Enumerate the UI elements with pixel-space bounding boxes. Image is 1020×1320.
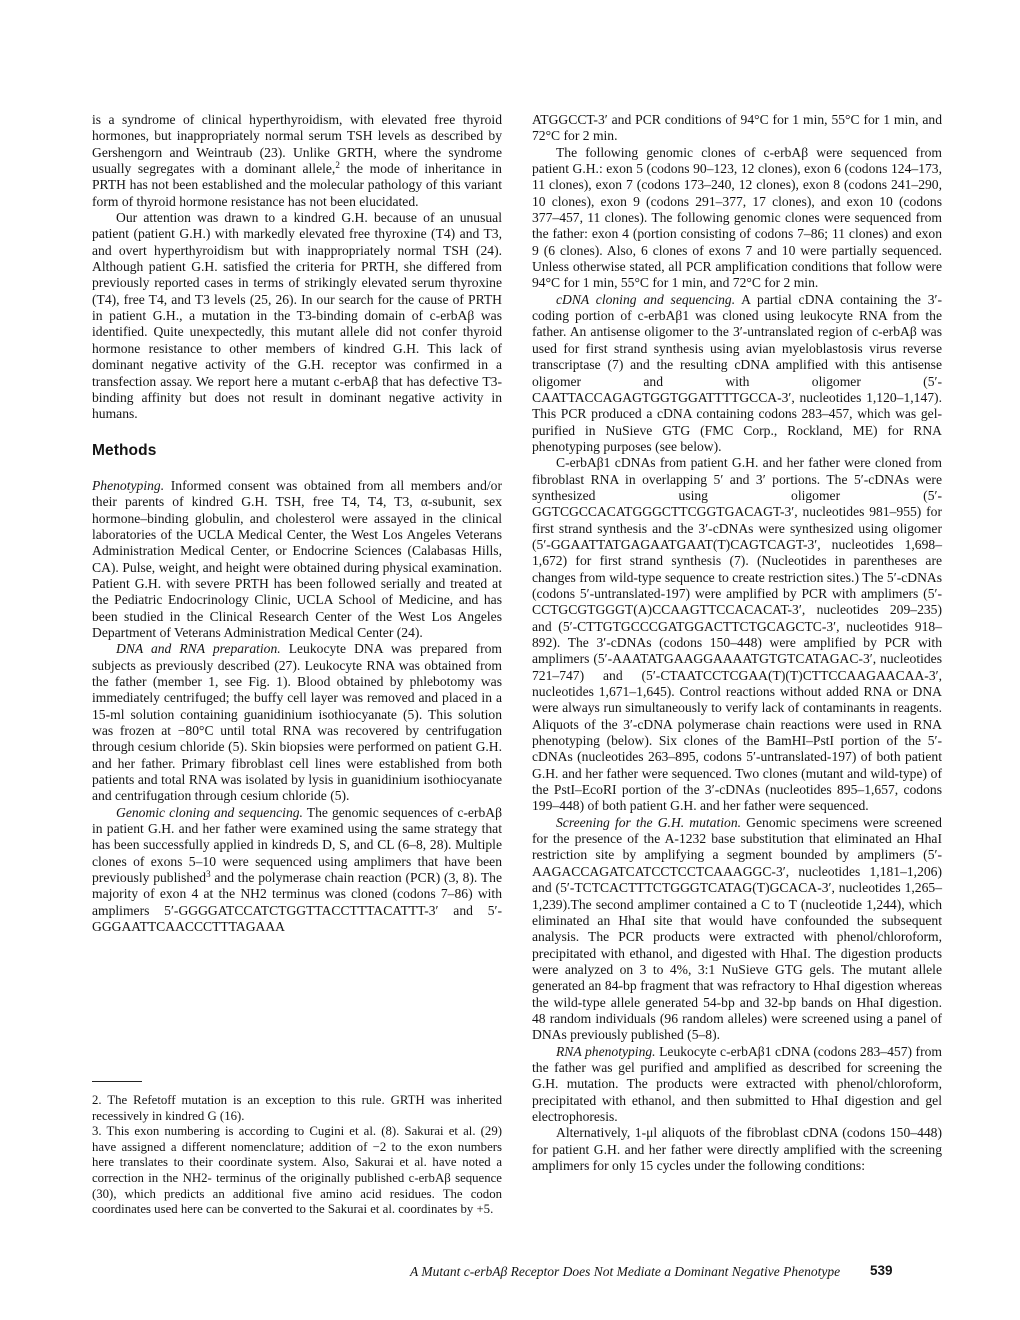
body-paragraph: is a syndrome of clinical hyperthyroidis… [92,112,502,210]
methods-phenotyping-paragraph: Phenotyping. Informed consent was obtain… [92,478,502,641]
run-in-heading: Phenotyping. [92,478,164,493]
body-paragraph: Alternatively, 1-μl aliquots of the fibr… [532,1125,942,1174]
body-paragraph: ATGGCCT-3′ and PCR conditions of 94°C fo… [532,112,942,145]
run-in-heading: cDNA cloning and sequencing. [556,292,735,307]
methods-dna-rna-paragraph: DNA and RNA preparation. Leukocyte DNA w… [92,641,502,804]
paragraph-text: Leukocyte DNA was prepared from subjects… [92,641,502,803]
paragraph-text: A partial cDNA containing the 3′-coding … [532,292,942,454]
section-heading-methods: Methods [92,443,502,459]
footnote-2: 2. The Refetoff mutation is an exception… [92,1093,502,1124]
paragraph-text: Informed consent was obtained from all m… [92,478,502,640]
footnote-3: 3. This exon numbering is according to C… [92,1124,502,1218]
right-column: ATGGCCT-3′ and PCR conditions of 94°C fo… [532,112,942,1174]
run-in-heading: Screening for the G.H. mutation. [556,815,741,830]
running-title: A Mutant c-erbAβ Receptor Does Not Media… [410,1264,840,1280]
body-paragraph: C-erbAβ1 cDNAs from patient G.H. and her… [532,455,942,815]
footnote-divider [92,1081,142,1082]
run-in-heading: Genomic cloning and sequencing. [116,805,303,820]
methods-genomic-paragraph: Genomic cloning and sequencing. The geno… [92,805,502,936]
footnotes: 2. The Refetoff mutation is an exception… [92,1093,502,1218]
methods-screening-paragraph: Screening for the G.H. mutation. Genomic… [532,815,942,1044]
run-in-heading: DNA and RNA preparation. [116,641,281,656]
run-in-heading: RNA phenotyping. [556,1044,656,1059]
methods-rna-phenotyping-paragraph: RNA phenotyping. Leukocyte c-erbAβ1 cDNA… [532,1044,942,1126]
paragraph-text: Genomic specimens were screened for the … [532,815,942,1042]
body-paragraph: The following genomic clones of c-erbAβ … [532,145,942,292]
left-column: is a syndrome of clinical hyperthyroidis… [92,112,502,936]
methods-cdna-paragraph: cDNA cloning and sequencing. A partial c… [532,292,942,455]
body-paragraph: Our attention was drawn to a kindred G.H… [92,210,502,422]
page-number: 539 [870,1263,893,1278]
